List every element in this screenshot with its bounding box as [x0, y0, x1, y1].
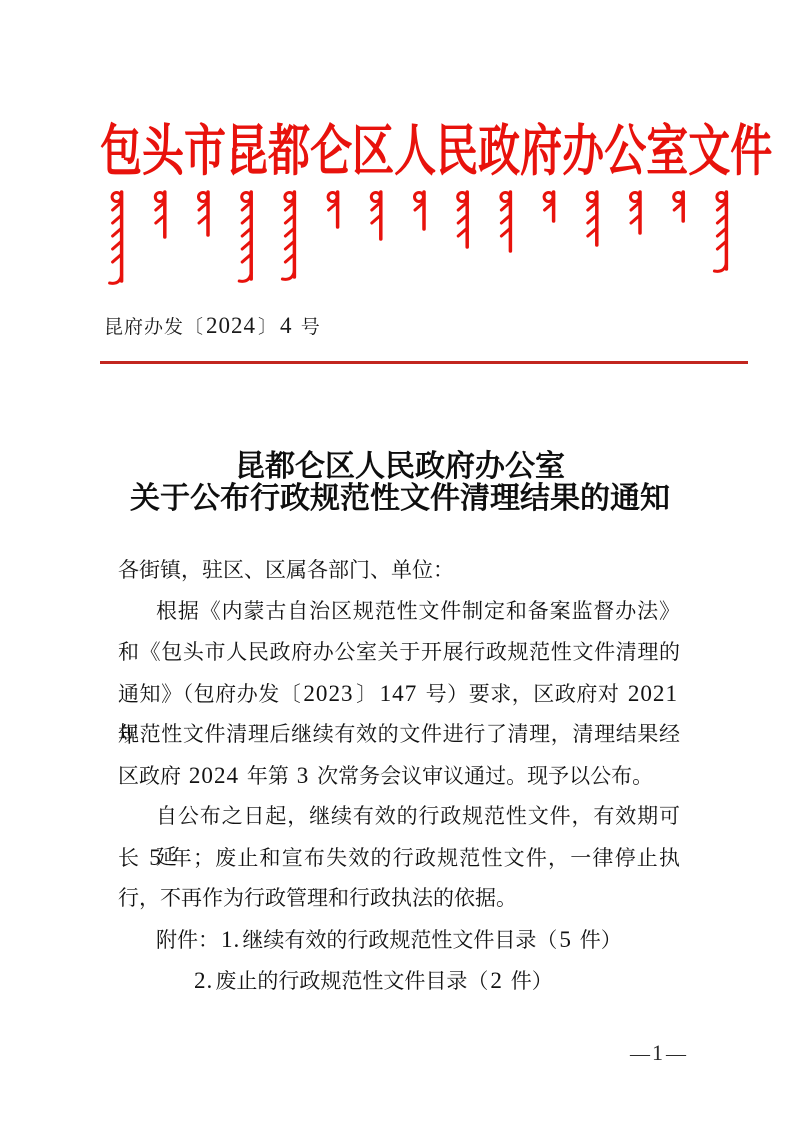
body-line: 规范性文件清理后继续有效的文件进行了清理，清理结果经 — [118, 714, 680, 755]
body-line: 根据《内蒙古自治区规范性文件制定和备案监督办法》 — [118, 591, 680, 632]
document-title-line-1: 昆都仑区人民政府办公室 — [100, 451, 700, 483]
document-title: 昆都仑区人民政府办公室 关于公布行政规范性文件清理结果的通知 — [100, 451, 700, 515]
page-number: —1— — [613, 1040, 703, 1066]
document-banner-title: 包头市昆都仑区人民政府办公室文件 — [100, 121, 748, 182]
document-body: 各街镇，驻区、区属各部门、单位：根据《内蒙古自治区规范性文件制定和备案监督办法》… — [118, 550, 680, 1001]
body-line: 附件：1.继续有效的行政规范性文件目录（5 件） — [118, 919, 680, 960]
document-number: 昆府办发〔2024〕4 号 — [104, 312, 321, 339]
document-title-line-2: 关于公布行政规范性文件清理结果的通知 — [100, 483, 700, 515]
body-line: 自公布之日起，继续有效的行政规范性文件，有效期可延 — [118, 796, 680, 837]
body-line: 各街镇，驻区、区属各部门、单位： — [118, 550, 680, 591]
body-line: 2.废止的行政规范性文件目录（2 件） — [118, 960, 680, 1001]
body-line: 长 5 年；废止和宣布失效的行政规范性文件，一律停止执 — [118, 837, 680, 878]
body-line: 通知》（包府办发〔2023〕147 号）要求，区政府对 2021 年 — [118, 673, 680, 714]
body-line: 和《包头市人民政府办公室关于开展行政规范性文件清理的 — [118, 632, 680, 673]
body-line: 行，不再作为行政管理和行政执法的依据。 — [118, 878, 680, 919]
body-line: 区政府 2024 年第 3 次常务会议审议通过。现予以公布。 — [118, 755, 680, 796]
red-separator-line — [100, 361, 748, 364]
mongolian-script-row — [100, 189, 748, 289]
document-page: 包头市昆都仑区人民政府办公室文件 昆府办发〔2024〕4 号 昆都仑区人民政府办… — [0, 0, 793, 1122]
